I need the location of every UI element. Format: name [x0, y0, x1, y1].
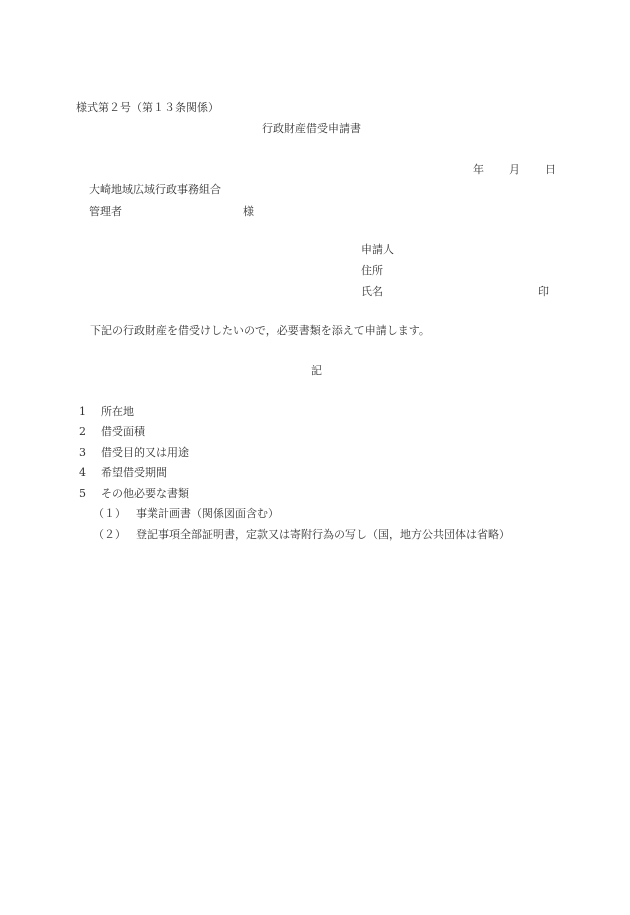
- item-1-label: 所在地: [101, 405, 134, 419]
- sub-item-2-label: 登記事項全部証明書，定款又は寄附行為の写し（国，地方公共団体は省略）: [136, 528, 510, 542]
- sub-item-1-label: 事業計画書（関係図面含む）: [136, 507, 279, 521]
- body-text: 下記の行政財産を借受けしたいので，必要書類を添えて申請します。: [90, 324, 430, 338]
- item-4-number: 4: [79, 466, 86, 480]
- item-4-label: 希望借受期間: [101, 466, 167, 480]
- form-number: 様式第２号（第１３条関係）: [76, 101, 219, 115]
- item-5-label: その他必要な書類: [101, 487, 189, 501]
- date-year: 年: [473, 163, 484, 177]
- addressee-organization: 大崎地域広域行政事務組合: [89, 183, 221, 197]
- item-3-number: 3: [79, 446, 86, 460]
- sub-item-1-number: （１）: [93, 507, 126, 521]
- applicant-name-label: 氏名: [361, 285, 383, 299]
- addressee-honorific: 様: [243, 205, 254, 219]
- item-2-number: 2: [79, 425, 86, 439]
- item-3-label: 借受目的又は用途: [101, 446, 189, 460]
- sub-item-2-number: （２）: [93, 528, 126, 542]
- applicant-address-label: 住所: [361, 264, 383, 278]
- date-month: 月: [509, 163, 520, 177]
- item-5-number: 5: [79, 487, 86, 501]
- applicant-label: 申請人: [361, 243, 394, 257]
- seal-mark: 印: [538, 285, 549, 299]
- note-heading: 記: [311, 364, 322, 378]
- addressee-role: 管理者: [89, 205, 122, 219]
- item-2-label: 借受面積: [101, 425, 145, 439]
- item-1-number: 1: [79, 405, 86, 419]
- document-title: 行政財産借受申請書: [262, 122, 361, 136]
- date-day: 日: [545, 163, 556, 177]
